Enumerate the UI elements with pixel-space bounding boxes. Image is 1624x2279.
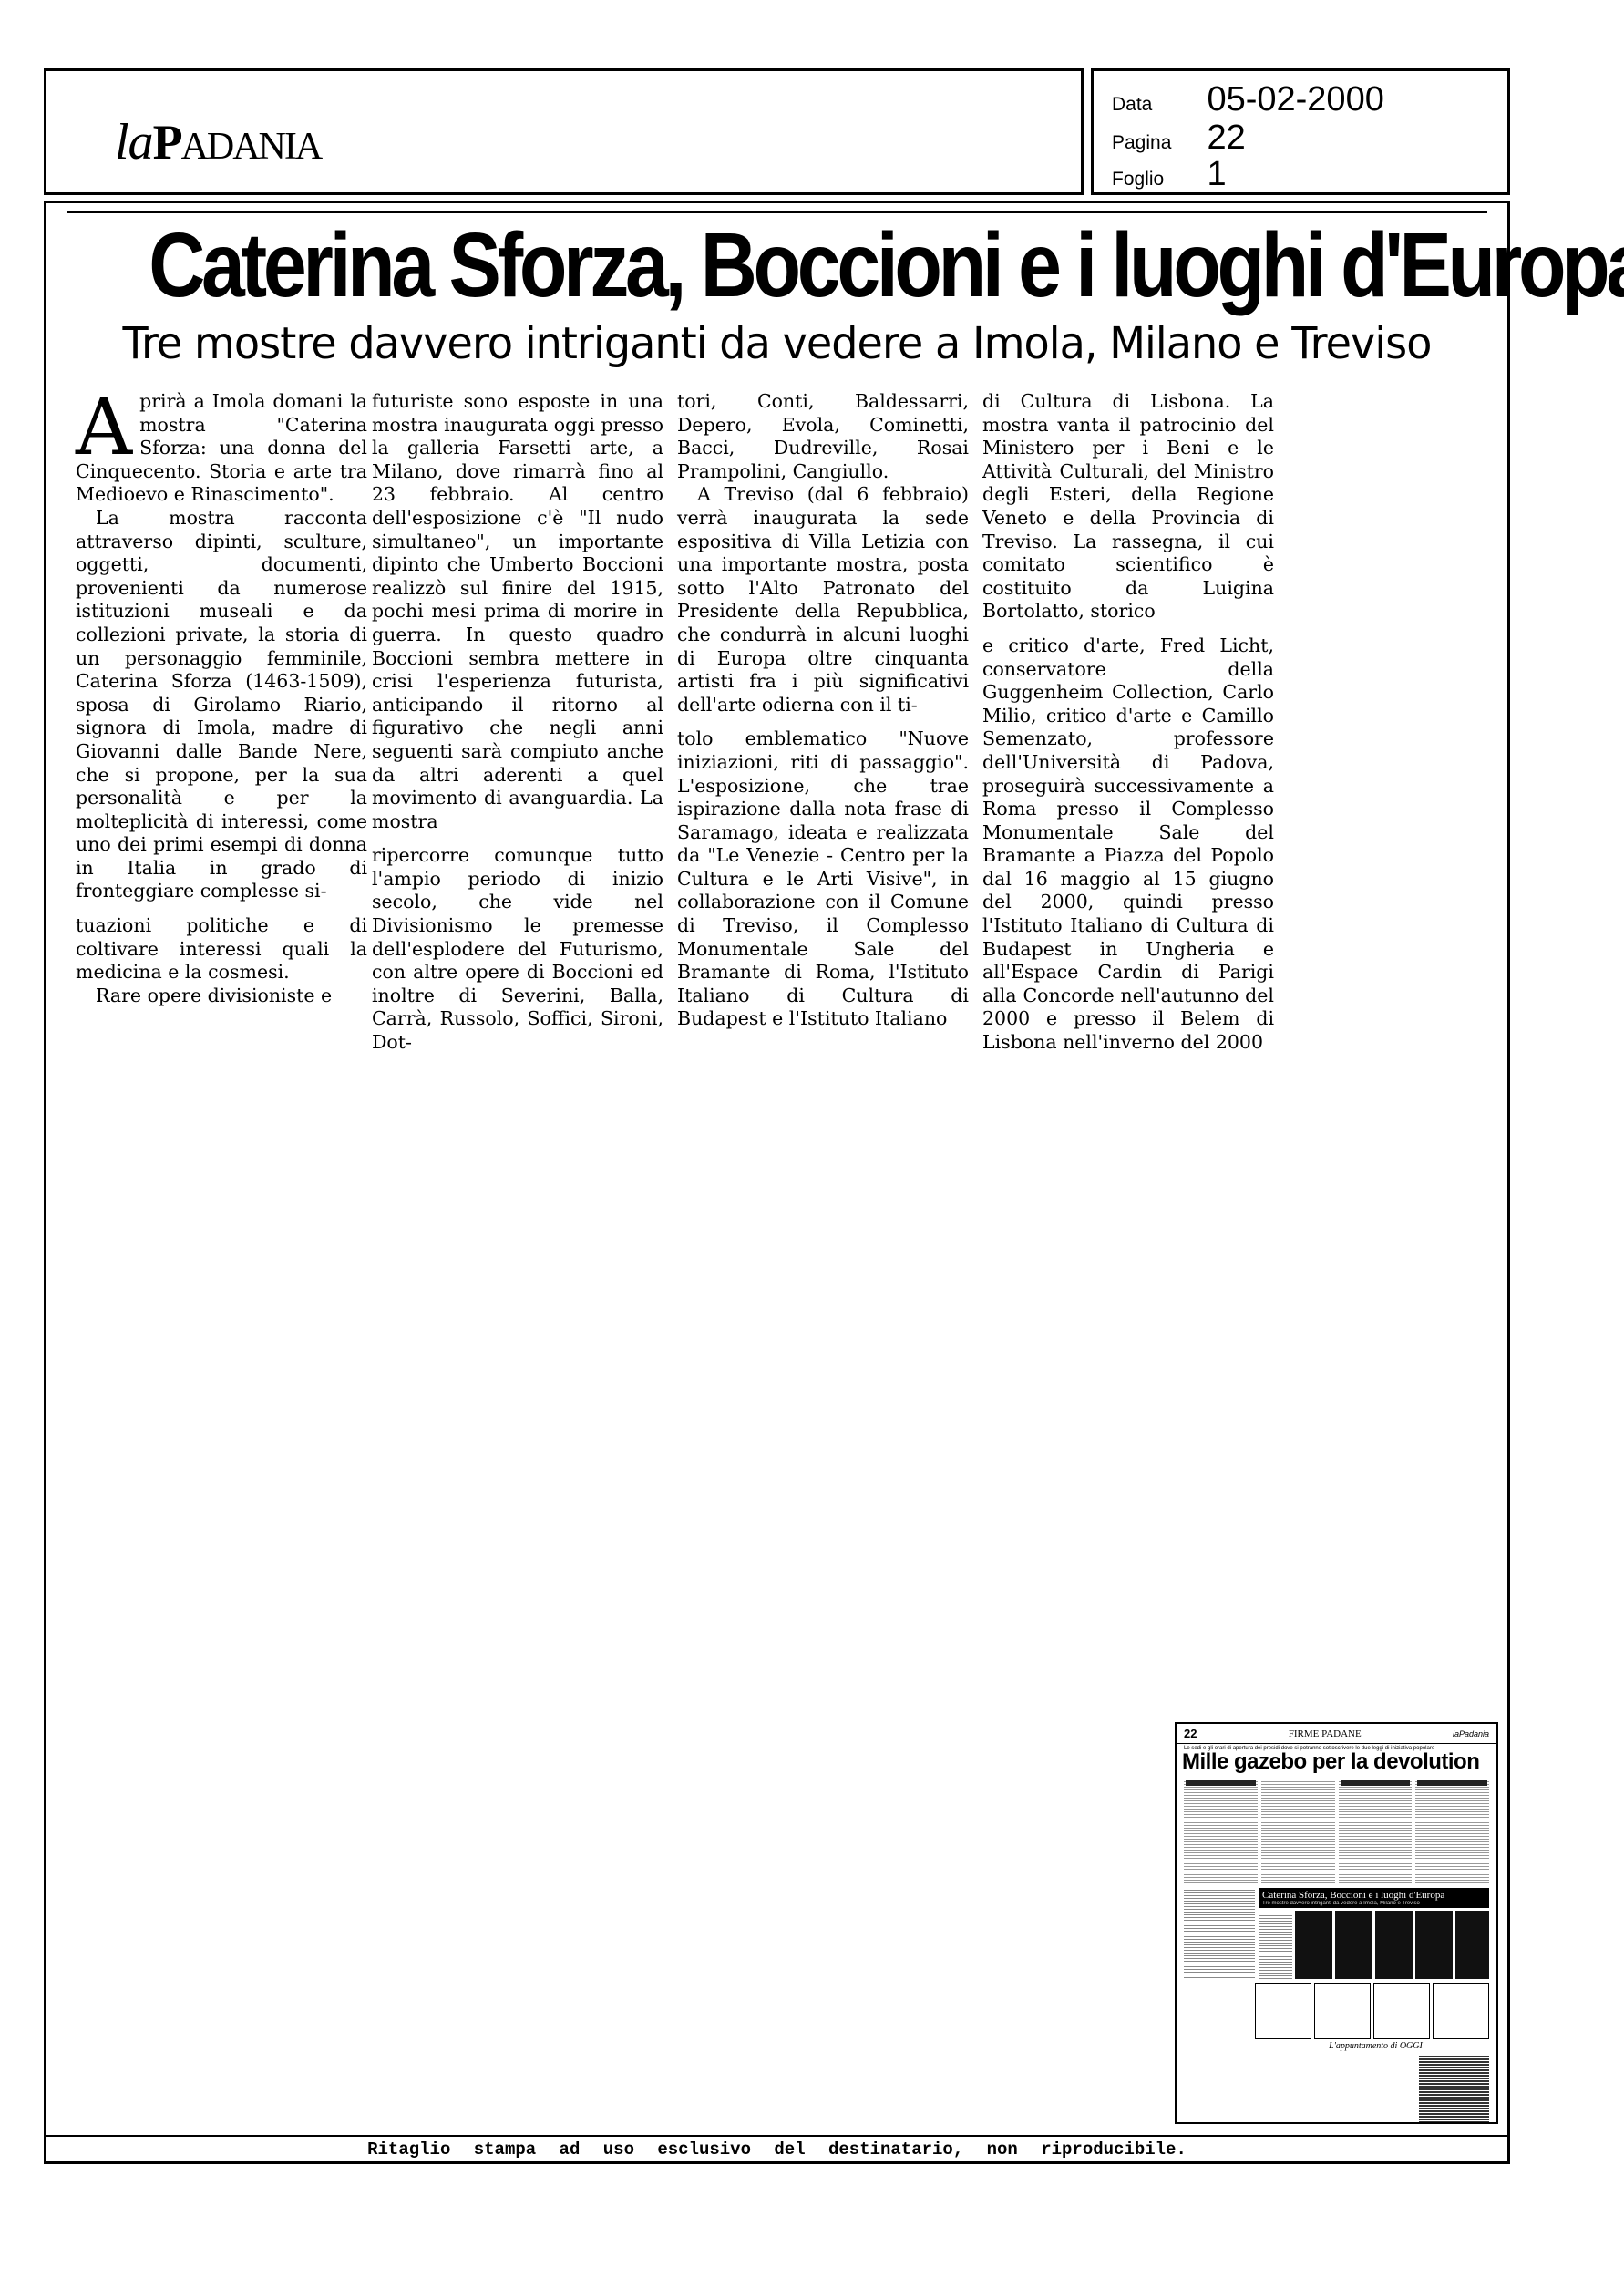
clipping-content: Caterina Sforza, Boccioni e i luoghi d'E… [44,201,1510,2164]
thumbnail-today-label: L'appuntamento di OGGI [1177,2039,1496,2051]
paragraph: Rare opere divisioniste e [76,985,367,1008]
paragraph: di Cultura di Lisbona. La mostra vanta i… [982,390,1274,624]
meta-label: Foglio [1112,169,1203,191]
article-headline: Caterina Sforza, Boccioni e i luoghi d'E… [149,220,1405,311]
thumbnail-topbar: 22 FIRME PADANE laPadania [1177,1724,1496,1744]
article-column-1: Aprirà a Imola domani la mostra "Caterin… [76,390,367,1007]
footer-divider [46,2135,1507,2137]
thumbnail-feature: Caterina Sforza, Boccioni e i luoghi d'E… [1259,1888,1489,1979]
paragraph: futuriste sono esposte in una mostra ina… [372,390,663,833]
footer-notice: Ritaglio stampa ad uso esclusivo del des… [46,2140,1507,2160]
logo-rest: ADANIA [181,126,322,168]
article-column-4: di Cultura di Lisbona. La mostra vanta i… [982,390,1274,1055]
thumbnail-headline: Mille gazebo per la devolution [1177,1751,1496,1773]
paragraph: tolo emblematico "Nuove iniziazioni, rit… [677,727,969,1031]
thumbnail-bottom [1177,2051,1496,2124]
page-thumbnail: 22 FIRME PADANE laPadania Le sedi e gli … [1175,1722,1498,2124]
article-subheadline: Tre mostre davvero intriganti da vedere … [76,322,1478,366]
meta-label: Pagina [1112,132,1203,154]
masthead-box: laPADANIA [44,68,1084,195]
thumbnail-comic-strip [1177,1979,1496,2039]
meta-value-sheet: 1 [1207,155,1226,193]
paragraph: La mostra racconta attraverso dipinti, s… [76,507,367,903]
meta-value-page: 22 [1207,119,1245,157]
meta-value-date: 05-02-2000 [1207,80,1383,119]
paragraph: ripercorre comunque tutto l'ampio period… [372,844,663,1054]
thumbnail-sidebar [1184,1888,1255,1979]
meta-row-page: Pagina 22 [1112,119,1246,158]
top-rule-divider [67,211,1487,213]
paragraph: tuazioni politiche e di coltivare intere… [76,914,367,985]
thumbnail-page-number: 22 [1184,1727,1197,1740]
paragraph: tori, Conti, Baldessarri, Depero, Evola,… [677,390,969,483]
logo-initial: P [153,115,181,170]
thumbnail-lower: Caterina Sforza, Boccioni e i luoghi d'E… [1177,1888,1496,1979]
thumbnail-section: FIRME PADANE [1289,1728,1362,1739]
meta-label: Data [1112,94,1203,116]
thumbnail-listings [1177,1773,1496,1888]
paragraph: e critico d'arte, Fred Licht, conservato… [982,634,1274,1055]
drop-cap: A [76,396,132,459]
clipping-meta-box: Data 05-02-2000 Pagina 22 Foglio 1 [1091,68,1510,195]
meta-row-sheet: Foglio 1 [1112,155,1227,194]
thumbnail-feature-title: Caterina Sforza, Boccioni e i luoghi d'E… [1259,1888,1489,1901]
thumbnail-feature-subtitle: Tre mostre davvero intriganti da vedere … [1259,1901,1489,1908]
meta-row-date: Data 05-02-2000 [1112,80,1384,119]
article-column-3: tori, Conti, Baldessarri, Depero, Evola,… [677,390,969,1031]
logo-prefix: la [115,114,153,170]
thumbnail-masthead: laPadania [1453,1729,1489,1738]
article-column-2: futuriste sono esposte in una mostra ina… [372,390,663,1055]
paragraph: A Treviso (dal 6 febbraio) verrà inaugur… [677,483,969,717]
paragraph: Aprirà a Imola domani la mostra "Caterin… [76,390,367,507]
newspaper-logo: laPADANIA [115,117,321,168]
